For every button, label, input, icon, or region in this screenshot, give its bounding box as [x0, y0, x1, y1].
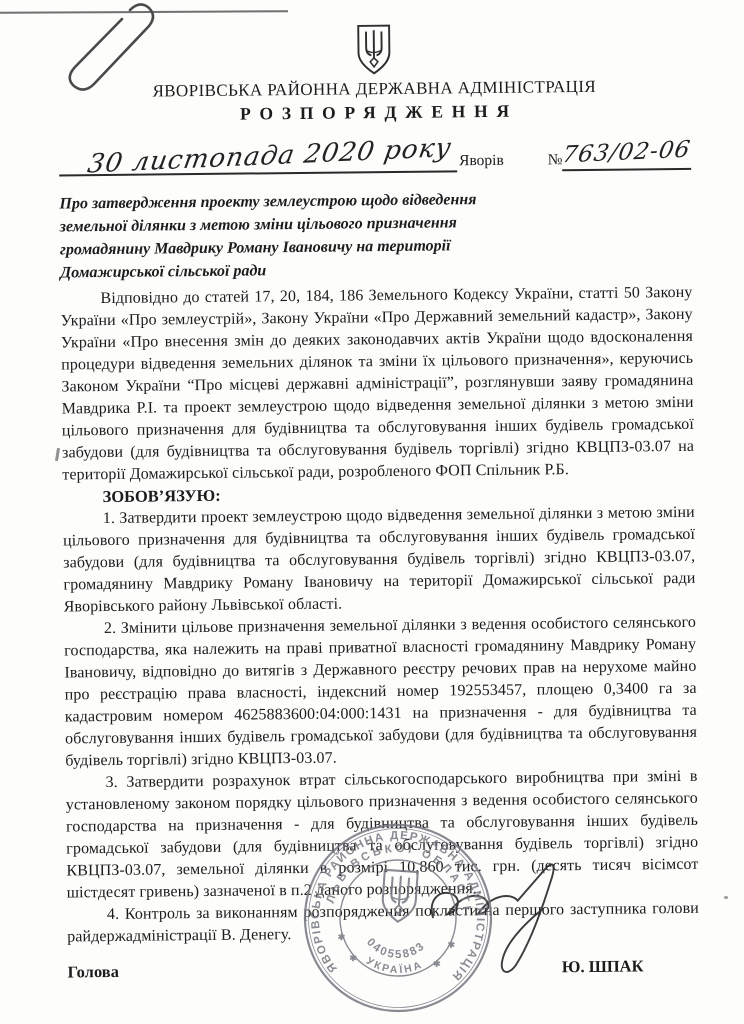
scanned-document-page: ЯВОРІВСЬКА РАЙОННА ДЕРЖАВНА АДМІНІСТРАЦІ… — [0, 0, 744, 1024]
seal-star-separator: ✱ — [447, 940, 456, 951]
national-emblem — [58, 20, 691, 81]
tryzub-emblem-icon — [353, 23, 396, 77]
handwritten-date: 30 листопада 2020 року — [85, 133, 454, 179]
date-field: 30 листопада 2020 року — [59, 139, 457, 176]
order-item-1: 1. Затвердити проект землеустрою щодо ві… — [63, 502, 696, 619]
seal-graphic: ЯВОРІВСЬКА РАЙОННА ДЕРЖАВНА АДМІНІСТРАЦІ… — [291, 811, 504, 1024]
seal-tryzub-icon — [381, 870, 417, 923]
document-type-heading: РОЗПОРЯДЖЕННЯ — [58, 99, 690, 127]
organization-name: ЯВОРІВСЬКА РАЙОННА ДЕРЖАВНА АДМІНІСТРАЦІ… — [58, 76, 690, 103]
date-number-line: 30 листопада 2020 року Яворів № 763/02-0… — [59, 132, 691, 177]
seal-star-separator: ✱ — [433, 959, 442, 970]
order-item-2: 2. Змінити цільове призначення земельної… — [64, 612, 698, 773]
seal-star-separator: ✱ — [349, 953, 358, 964]
handwritten-number: 763/02-06 — [561, 137, 693, 169]
signer-role: Голова — [67, 962, 119, 983]
official-seal-stamp: ЯВОРІВСЬКА РАЙОННА ДЕРЖАВНА АДМІНІСТРАЦІ… — [291, 811, 504, 1024]
preamble-paragraph: Відповідно до статей 17, 20, 184, 186 Зе… — [60, 282, 694, 487]
place-label: Яворів — [457, 152, 504, 172]
seal-star-separator: ✱ — [337, 932, 346, 943]
document-title: Про затвердження проекту землеустрою щод… — [59, 186, 692, 285]
number-field: 763/02-06 — [562, 139, 691, 171]
